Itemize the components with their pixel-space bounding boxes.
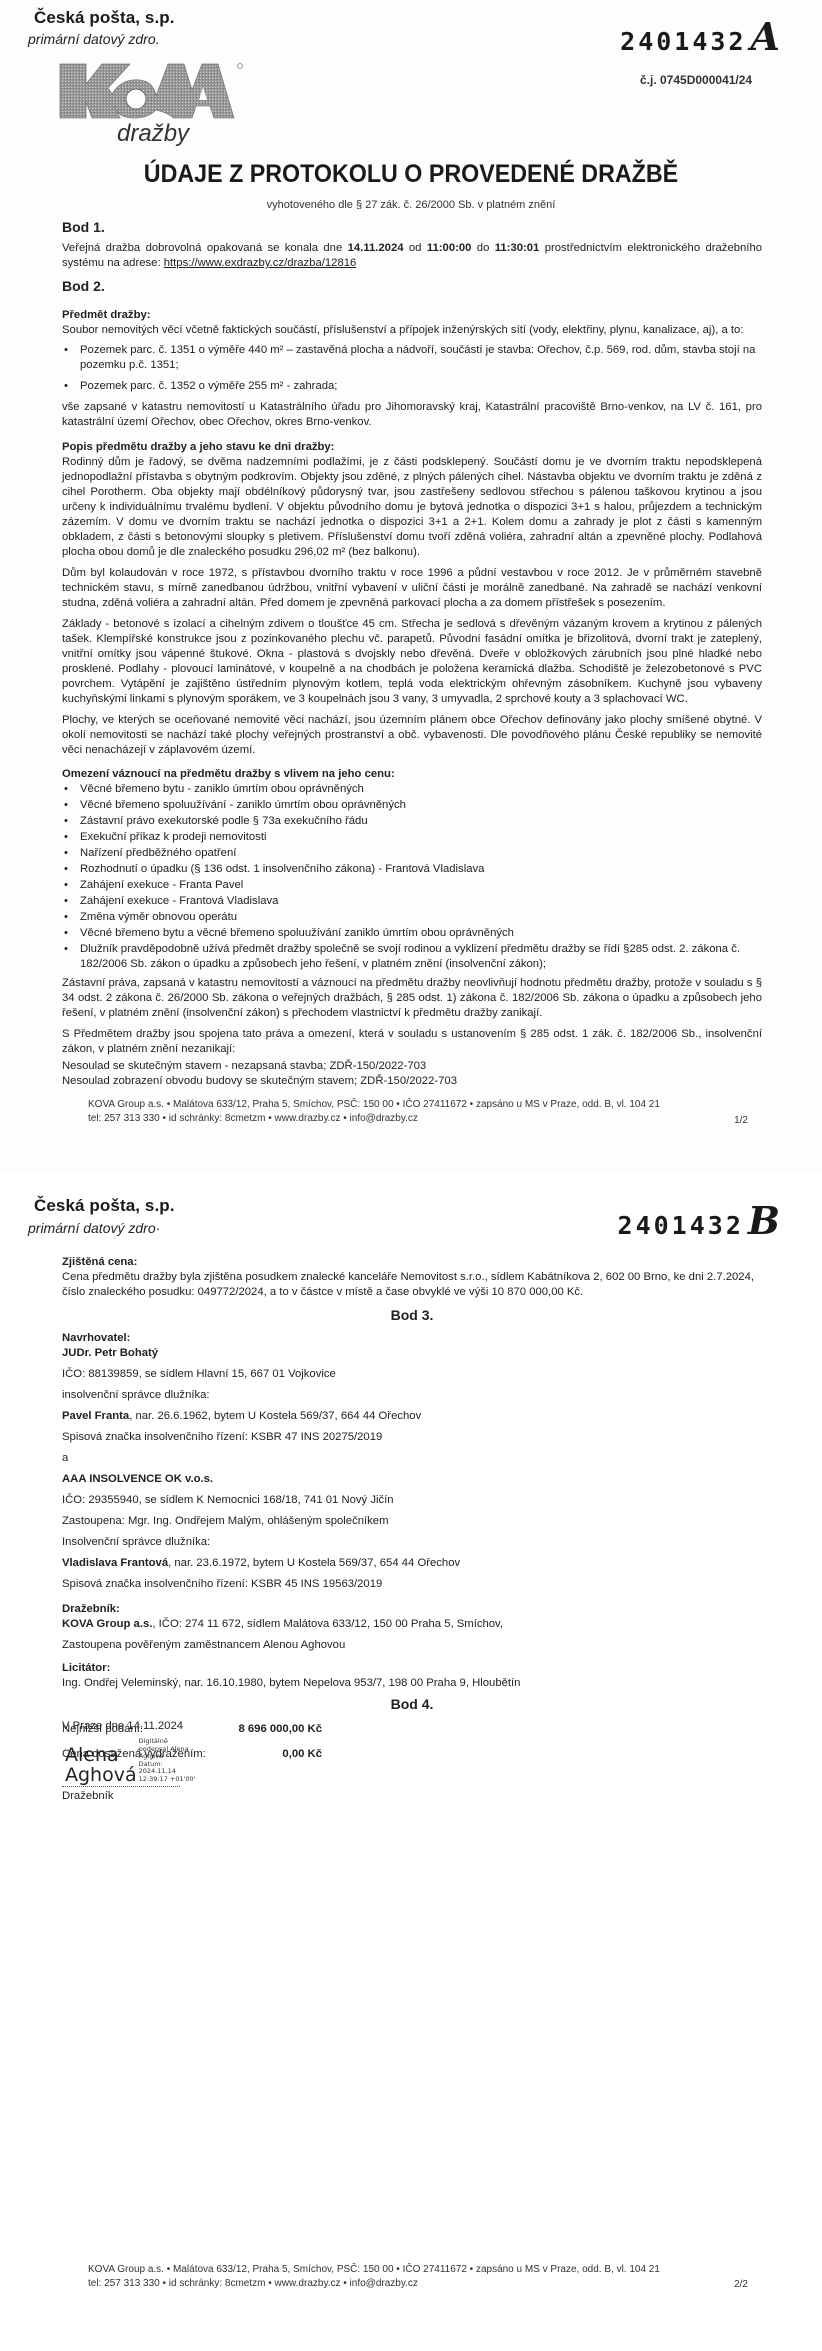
footer-contact-line: tel: 257 313 330 • id schránky: 8cmetzm … <box>88 2277 660 2291</box>
document-page-2: Česká pošta, s.p. primární datový zdro· … <box>0 1172 822 2351</box>
restrictions-label: Omezení váznoucí na předmětu dražby s vl… <box>62 767 762 782</box>
parcel-item: Pozemek parc. č. 1351 o výměře 440 m² – … <box>62 343 762 373</box>
restriction-item: Nařízení předběžného opatření <box>62 846 762 861</box>
document-title: ÚDAJE Z PROTOKOLU O PROVEDENÉ DRAŽBĚ <box>29 160 793 189</box>
footer-company-line: KOVA Group a.s. • Malátova 633/12, Praha… <box>88 2263 660 2277</box>
debtor-1-case: Spisová značka insolvenčního řízení: KSB… <box>62 1430 762 1445</box>
postal-stamp-subtitle: primární datový zdro· <box>28 1220 160 1236</box>
description-paragraph: Dům byl kolaudován v roce 1972, s přísta… <box>62 566 762 611</box>
description-paragraphs: Rodinný dům je řadový, se dvěma nadzemní… <box>62 455 762 758</box>
parcel-list: Pozemek parc. č. 1351 o výměře 440 m² – … <box>62 343 762 394</box>
auction-url-link[interactable]: https://www.exdrazby.cz/drazba/12816 <box>164 257 357 269</box>
description-paragraph: Plochy, ve kterých se oceňované nemovité… <box>62 713 762 758</box>
signature-name-line-1: Alena <box>65 1745 137 1765</box>
liens-paragraph: Zástavní práva, zapsaná v katastru nemov… <box>62 976 762 1021</box>
proposer-2-name: AAA INSOLVENCE OK v.o.s. <box>62 1472 762 1487</box>
signature-line <box>62 1786 180 1787</box>
footer-contact-line: tel: 257 313 330 • id schránky: 8cmetzm … <box>88 1112 660 1126</box>
restrictions-list: Věcné břemeno bytu - zaniklo úmrtím obou… <box>62 782 762 972</box>
proposer-name: JUDr. Petr Bohatý <box>62 1346 762 1361</box>
kova-logo-icon <box>56 60 246 122</box>
proposer-2-ico: IČO: 29355940, se sídlem K Nemocnici 168… <box>62 1493 762 1508</box>
place-date: V Praze dne 14.11.2024 <box>62 1720 183 1732</box>
auctioneer-name: KOVA Group a.s. <box>62 1618 152 1630</box>
document-number-digits: 2401432 <box>618 1211 744 1240</box>
auction-to-label: do <box>477 242 490 254</box>
bid-row-value: 8 696 000,00 Kč <box>212 1722 322 1737</box>
document-body-page-2: Zjištěná cena: Cena předmětu dražby byla… <box>62 1255 762 1772</box>
restriction-item: Změna výměr obnovou operátu <box>62 910 762 925</box>
proposer-label: Navrhovatel: <box>62 1331 762 1346</box>
document-letter: B <box>748 1198 780 1243</box>
section-heading-bod-3: Bod 3. <box>62 1308 762 1323</box>
document-page-1: Česká pošta, s.p. primární datový zdro. … <box>0 0 822 1172</box>
auction-date: 14.11.2024 <box>348 242 404 254</box>
licitator-label: Licitátor: <box>62 1661 762 1676</box>
debtor-2-case: Spisová značka insolvenčního řízení: KSB… <box>62 1577 762 1592</box>
licitator-text: Ing. Ondřej Veleminský, nar. 16.10.1980,… <box>62 1676 762 1691</box>
debtor-2-name: Vladislava Frantová <box>62 1557 168 1569</box>
page-number: 1/2 <box>734 1115 748 1126</box>
reference-number: č.j. 0745D000041/24 <box>640 73 752 87</box>
description-paragraph: Rodinný dům je řadový, se dvěma nadzemní… <box>62 455 762 560</box>
rights-paragraph: S Předmětem dražby jsou spojena tato prá… <box>62 1027 762 1057</box>
restriction-item: Zástavní právo exekutorské podle § 73a e… <box>62 814 762 829</box>
debtor-1-name: Pavel Franta <box>62 1410 129 1422</box>
auction-time-to: 11:30:01 <box>495 242 540 254</box>
auctioneer: KOVA Group a.s., IČO: 274 11 672, sídlem… <box>62 1617 762 1632</box>
document-number-digits: 2401432 <box>620 27 746 56</box>
document-number: 2401432A <box>620 14 780 59</box>
footer-page-2: KOVA Group a.s. • Malátova 633/12, Praha… <box>88 2263 660 2291</box>
section-heading-bod-2: Bod 2. <box>62 279 762 294</box>
debtor-2: Vladislava Frantová, nar. 23.6.1972, byt… <box>62 1556 762 1571</box>
debtor-1-details: , nar. 26.6.1962, bytem U Kostela 569/37… <box>129 1410 421 1422</box>
restriction-item: Věcné břemeno bytu - zaniklo úmrtím obou… <box>62 782 762 797</box>
restriction-item: Rozhodnutí o úpadku (§ 136 odst. 1 insol… <box>62 862 762 877</box>
price-text: Cena předmětu dražby byla zjištěna posud… <box>62 1270 762 1300</box>
discrepancy-item: Nesoulad se skutečným stavem - nezapsaná… <box>62 1059 762 1074</box>
proposer-2-role: Insolvenční správce dlužníka: <box>62 1535 762 1550</box>
auction-from-label: od <box>409 242 422 254</box>
proposer-2-representative: Zastoupena: Mgr. Ing. Ondřejem Malým, oh… <box>62 1514 762 1529</box>
footer-page-1: KOVA Group a.s. • Malátova 633/12, Praha… <box>88 1098 660 1126</box>
conjunction: a <box>62 1451 762 1466</box>
restriction-item: Věcné břemeno spoluužívání - zaniklo úmr… <box>62 798 762 813</box>
postal-stamp-name: Česká pošta, s.p. <box>34 1196 175 1216</box>
auctioneer-details: , IČO: 274 11 672, sídlem Malátova 633/1… <box>152 1618 503 1630</box>
restriction-item: Dlužník pravděpodobně užívá předmět draž… <box>62 942 762 972</box>
auctioneer-label: Dražebník: <box>62 1602 762 1617</box>
footer-company-line: KOVA Group a.s. • Malátova 633/12, Praha… <box>88 1098 660 1112</box>
postal-stamp-name: Česká pošta, s.p. <box>34 8 175 28</box>
signature-meta-line: 12:39:17 +01'00' <box>139 1776 196 1784</box>
description-paragraph: Základy - betonové s izolací a cihelným … <box>62 617 762 707</box>
page-number: 2/2 <box>734 2279 748 2290</box>
restriction-item: Věcné břemeno bytu a věcné břemeno spolu… <box>62 926 762 941</box>
discrepancy-item: Nesoulad zobrazení obvodu budovy se skut… <box>62 1074 762 1089</box>
debtor-2-details: , nar. 23.6.1972, bytem U Kostela 569/37… <box>168 1557 460 1569</box>
document-letter: A <box>751 14 780 59</box>
debtor-1: Pavel Franta, nar. 26.6.1962, bytem U Ko… <box>62 1409 762 1424</box>
signature-name-line-2: Aghová <box>65 1765 137 1785</box>
document-body-page-1: Bod 1. Veřejná dražba dobrovolná opakova… <box>62 220 762 1089</box>
restriction-item: Zahájení exekuce - Franta Pavel <box>62 878 762 893</box>
auction-time-from: 11:00:00 <box>427 242 472 254</box>
auction-info: Veřejná dražba dobrovolná opakovaná se k… <box>62 241 762 271</box>
digital-signature: Alena Aghová Digitálněpodepsal AlenaAgho… <box>62 1738 195 1802</box>
signature-metadata: Digitálněpodepsal AlenaAghováDatum:2024.… <box>139 1738 196 1783</box>
signature-role: Dražebník <box>62 1790 195 1802</box>
parcel-item: Pozemek parc. č. 1352 o výměře 255 m² - … <box>62 379 762 394</box>
section-heading-bod-4: Bod 4. <box>62 1697 762 1712</box>
postal-stamp-subtitle: primární datový zdro. <box>28 31 160 47</box>
subject-label: Předmět dražby: <box>62 308 762 323</box>
subject-intro: Soubor nemovitých věcí včetně faktických… <box>62 323 762 338</box>
price-label: Zjištěná cena: <box>62 1255 762 1270</box>
kova-logo-subtitle: dražby <box>117 120 189 148</box>
auction-info-text: Veřejná dražba dobrovolná opakovaná se k… <box>62 242 342 254</box>
bid-row-value: 0,00 Kč <box>212 1747 322 1762</box>
section-heading-bod-1: Bod 1. <box>62 220 762 235</box>
discrepancy-list: Nesoulad se skutečným stavem - nezapsaná… <box>62 1059 762 1089</box>
restriction-item: Exekuční příkaz k prodeji nemovitosti <box>62 830 762 845</box>
document-subtitle: vyhotoveného dle § 27 zák. č. 26/2000 Sb… <box>0 199 822 211</box>
document-number: 2401432B <box>618 1198 780 1243</box>
cadastre-text: vše zapsané v katastru nemovitostí u Kat… <box>62 400 762 430</box>
restriction-item: Zahájení exekuce - Frantová Vladislava <box>62 894 762 909</box>
proposer-role: insolvenční správce dlužníka: <box>62 1388 762 1403</box>
proposer-ico: IČO: 88139859, se sídlem Hlavní 15, 667 … <box>62 1367 762 1382</box>
auctioneer-representative: Zastoupena pověřeným zaměstnancem Alenou… <box>62 1638 762 1653</box>
description-label: Popis předmětu dražby a jeho stavu ke dn… <box>62 440 762 455</box>
